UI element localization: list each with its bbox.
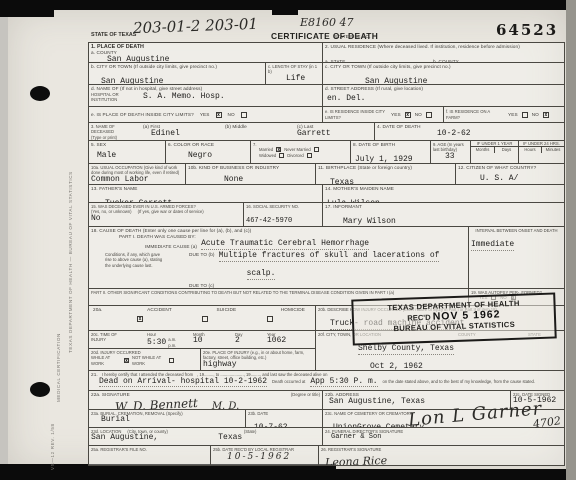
row-cause-of-death: 18. CAUSE OF DEATH (Enter only one cause… xyxy=(89,227,564,289)
field-residence-on-farm: f. IS RESIDENCE ON A FARM? YES NO x xyxy=(444,107,564,122)
minutes-label: Minutes xyxy=(542,147,564,152)
burial-location-city: San Augustine, xyxy=(91,434,158,443)
death-limits-yes-checkbox: x xyxy=(216,112,222,118)
item-21-label: 21. xyxy=(91,372,98,378)
part2-label: PART II. OTHER SIGNIFICANT CONDITIONS CO… xyxy=(91,290,466,295)
row-sex-race-marital: 5. SEX Male 6. COLOR OR RACE Negro 7. Ma… xyxy=(89,141,564,164)
field-place-of-injury: 20e. PLACE OF INJURY (e.g., in or about … xyxy=(201,349,315,370)
widowed-label: Widowed xyxy=(259,153,276,158)
burial-value: Burial xyxy=(101,416,243,425)
state-file-no-label: STATE FILE NO. xyxy=(334,34,371,40)
row-registrar: 25a. REGISTRAR'S FILE NO. 25b. DATE REC'… xyxy=(89,446,564,465)
injury-year: Year 1062 xyxy=(265,331,315,348)
field-funeral-director: 24. FUNERAL DIRECTOR'S SIGNATURE Garner … xyxy=(323,428,564,445)
certificate-number: 64523 xyxy=(496,21,558,39)
hours-label: Hours xyxy=(519,147,542,152)
margin-dept-vertical-text: TEXAS DEPARTMENT OF HEALTH — BUREAU OF V… xyxy=(68,118,73,353)
yes-label: YES xyxy=(391,112,401,118)
length-of-stay-label: c. LENGTH OF STAY (in 1 b) xyxy=(268,64,320,75)
field-ssn: 16. SOCIAL SECURITY NO. 467-42-5970 xyxy=(244,203,323,226)
signature-label: 22a. SIGNATURE xyxy=(91,392,130,398)
not-while-at-work-label: NOT WHILE AT WORK xyxy=(132,355,166,366)
margin-medical-vertical-text: MEDICAL CERTIFICATION xyxy=(56,290,61,402)
field-residence-inside-limits: e. IS RESIDENCE INSIDE CITY LIMITS? YES … xyxy=(323,107,444,122)
residence-city-label: c. CITY OR TOWN (If outside city limits,… xyxy=(325,64,562,70)
dead-on-arrival-value: Dead on Arrival- hospital 10-2-1962 xyxy=(99,378,267,388)
death-inside-limits-label: e. IS PLACE OF DEATH INSIDE CITY LIMITS? xyxy=(91,112,194,118)
hospital-value: S. A. Memo. Hosp. xyxy=(143,93,225,102)
field-registrar-signature: 26. REGISTRAR'S SIGNATURE Leona Rice xyxy=(319,446,564,465)
divorced-label: Divorced xyxy=(287,153,304,158)
race-label: 6. COLOR OR RACE xyxy=(168,142,248,148)
field-burial-date: 23b. DATE 10-7-62 xyxy=(246,410,323,427)
field-interval-onset-death: INTERVAL BETWEEN ONSET AND DEATH Immedia… xyxy=(469,227,564,288)
hole-punch-bottom xyxy=(30,382,50,397)
field-informant: 17. INFORMANT Mary Wilson xyxy=(323,203,564,226)
residence-state-label: a. STATE xyxy=(325,59,345,62)
informant-value: Mary Wilson xyxy=(343,218,396,226)
street-address-label: d. STREET ADDRESS (If rural, give locati… xyxy=(325,86,562,92)
suicide-label: SUICIDE xyxy=(216,307,236,313)
district-code-handwritten: 203-01-2 203-01 xyxy=(133,15,259,37)
field-usual-occupation: 10a. USUAL OCCUPATION (Give kind of work… xyxy=(89,164,186,184)
injury-day-value: 2 xyxy=(235,337,263,346)
ssn-label: 16. SOCIAL SECURITY NO. xyxy=(246,204,320,209)
scan-edge-nub xyxy=(272,9,298,15)
burial-location-state: Texas xyxy=(218,434,242,443)
fathers-name-label: 13. FATHER'S NAME xyxy=(91,186,320,192)
injury-month-value: 10 xyxy=(193,337,231,346)
while-at-work-checkbox: x xyxy=(124,358,129,363)
field-marital-status: 7. Married x Never Married Widowed Divor… xyxy=(251,141,351,163)
physician-degree: M. D. xyxy=(212,401,239,409)
field-sex: 5. SEX Male xyxy=(89,141,166,163)
street-address-value: en. Del. xyxy=(327,95,562,104)
days-label: Days xyxy=(495,147,518,152)
row-city-limits: e. IS PLACE OF DEATH INSIDE CITY LIMITS?… xyxy=(89,107,564,123)
informant-label: 17. INFORMANT xyxy=(325,204,562,210)
field-usual-residence: 2. USUAL RESIDENCE (Where deceased lived… xyxy=(323,43,564,62)
field-first-name: (a) First Edinel xyxy=(141,123,223,140)
field-armed-forces: 15. WAS DECEASED EVER IN U.S. ARMED FORC… xyxy=(89,203,244,226)
city-of-death-label: b. CITY OR TOWN (If outside city limits,… xyxy=(91,64,263,70)
injury-hour-value: 5:30 xyxy=(147,339,166,348)
suicide-checkbox xyxy=(202,316,208,322)
ssn-value: 467-42-5970 xyxy=(246,218,292,226)
field-date-recd: 25b. DATE REC'D BY LOCAL REGISTRAR 10-5-… xyxy=(211,446,319,465)
field-certification: 21. I hereby certify that I attended the… xyxy=(89,371,564,390)
married-checkbox: x xyxy=(276,147,281,152)
field-citizen: 12. CITIZEN OF WHAT COUNTRY? U. S. A/ xyxy=(456,164,564,184)
sex-value: Male xyxy=(97,152,163,161)
residence-inside-limits-label: e. IS RESIDENCE INSIDE CITY LIMITS? xyxy=(325,109,387,120)
birthplace-label: 11. BIRTHPLACE (State or foreign country… xyxy=(318,165,453,171)
residence-limits-no-checkbox xyxy=(426,112,432,118)
mothers-maiden-name-value: Lula Wilson xyxy=(327,200,380,202)
birthplace-value: Texas xyxy=(330,179,354,184)
row-certification: 21. I hereby certify that I attended the… xyxy=(89,371,564,391)
row-hospital-street: d. NAME OF (If not in hospital, give str… xyxy=(89,85,564,107)
residence-county: b. COUNTY San Augustine xyxy=(433,50,509,62)
field-last-name: (c) Last Garrett xyxy=(295,123,375,140)
date-of-death-value: 10-2-62 xyxy=(437,130,562,139)
field-hospital: d. NAME OF (If not in hospital, give str… xyxy=(89,85,323,106)
residence-state: a. STATE Texas xyxy=(325,50,433,62)
immediate-cause-value: Acute Traumatic Cerebral Hemorrhage xyxy=(201,240,369,250)
accident-label: ACCIDENT xyxy=(147,307,172,313)
field-mothers-maiden-name: 14. MOTHER'S MAIDEN NAME Lula Wilson xyxy=(323,185,564,202)
residence-on-farm-label: f. IS RESIDENCE ON A FARM? xyxy=(446,109,504,120)
no-label: NO xyxy=(532,112,539,118)
widowed-checkbox xyxy=(279,153,284,158)
months-label: Months xyxy=(471,147,495,152)
armed-forces-value: No xyxy=(91,215,241,224)
scan-edge-bottom xyxy=(0,469,576,480)
occupation-label: 10a. USUAL OCCUPATION (Give kind of work… xyxy=(91,165,183,176)
field-place-of-death-county: 1. PLACE OF DEATH a. COUNTY San Augustin… xyxy=(89,43,323,62)
date-recd-value: 10-5-1962 xyxy=(227,452,316,462)
row-city-stay: b. CITY OR TOWN (If outside city limits,… xyxy=(89,63,564,85)
field-cause-of-death: 18. CAUSE OF DEATH (Enter only one cause… xyxy=(89,227,469,288)
death-time-value: App 5:30 P. m. xyxy=(310,378,377,388)
row-armed-ssn-informant: 15. WAS DECEASED EVER IN U.S. ARMED FORC… xyxy=(89,203,564,227)
name-label-3: (Type or print) xyxy=(91,135,139,140)
injury-day: Day 2 xyxy=(233,331,265,348)
row-parents: 13. FATHER'S NAME Tucker Garrett 14. MOT… xyxy=(89,185,564,203)
row-location-funeral: 23d. LOCATION (City, town, or county) (S… xyxy=(89,428,564,446)
field-burial-type: 23a. BURIAL, CREMATION, REMOVAL (Specify… xyxy=(89,410,246,427)
yes-label: YES xyxy=(508,112,518,118)
field-registrar-file-no: 25a. REGISTRAR'S FILE NO. xyxy=(89,446,211,465)
due-to-b-value-line1: Multiple fractures of skull and lacerati… xyxy=(219,252,440,262)
fathers-name-value: Tucker Garrett xyxy=(105,200,172,202)
field-burial-location: 23d. LOCATION (City, town, or county) (S… xyxy=(89,428,323,445)
state-sub-label: (State) xyxy=(244,429,257,434)
field-color-or-race: 6. COLOR OR RACE Negro xyxy=(166,141,251,163)
am-label: a.m. xyxy=(168,337,176,342)
place-of-injury-value: highway xyxy=(203,361,313,370)
certify-text-3: on the date stated above, and to the bes… xyxy=(383,379,535,384)
date-of-birth-label: 8. DATE OF BIRTH xyxy=(353,142,428,148)
row-name: 3. NAME OF DECEASED (Type or print) (a) … xyxy=(89,123,564,141)
farm-yes-checkbox xyxy=(522,112,528,118)
certificate-header: STATE OF TEXAS 203-01-2 203-01 CERTIFICA… xyxy=(88,20,565,42)
while-at-work-label: WHILE AT WORK xyxy=(91,355,121,366)
county-value: San Augustine xyxy=(107,56,320,62)
field-accident-suicide-homicide: 20a. ACCIDENT SUICIDE HOMICIDE x xyxy=(89,306,316,330)
row-place-residence: 1. PLACE OF DEATH a. COUNTY San Augustin… xyxy=(89,43,564,63)
state-of-texas-label: STATE OF TEXAS xyxy=(91,32,136,38)
mothers-maiden-name-label: 14. MOTHER'S MAIDEN NAME xyxy=(325,186,562,192)
sex-label: 5. SEX xyxy=(91,142,163,148)
scan-edge-top-left xyxy=(0,0,54,17)
no-label: NO xyxy=(228,112,235,118)
field-fathers-name: 13. FATHER'S NAME Tucker Garrett xyxy=(89,185,323,202)
margin-formcode-vertical-text: VS—12 REV. 1/58 xyxy=(50,414,55,470)
death-occurred-at-label: Death occurred at xyxy=(272,379,305,384)
citizen-label: 12. CITIZEN OF WHAT COUNTRY? xyxy=(458,165,562,171)
divorced-checkbox xyxy=(307,153,312,158)
degree-or-title-label: (Degree or title) xyxy=(291,392,320,398)
stamp-recd-label: REC'D xyxy=(407,313,431,323)
field-city-of-death: b. CITY OR TOWN (If outside city limits,… xyxy=(89,63,266,84)
field-if-under-1-year: IF UNDER 1 YEAR Months Days xyxy=(471,141,519,163)
not-while-at-work-checkbox xyxy=(169,358,174,363)
row-occupation: 10a. USUAL OCCUPATION (Give kind of work… xyxy=(89,164,564,185)
industry-label: 10b. KIND OF BUSINESS OR INDUSTRY xyxy=(188,165,313,171)
field-length-of-stay: c. LENGTH OF STAY (in 1 b) Life xyxy=(266,63,323,84)
burial-date-label: 23b. DATE xyxy=(248,411,320,416)
injury-hour: Hour 5:30 a.m. p.m. xyxy=(145,331,191,348)
first-name-value: Edinel xyxy=(151,130,221,139)
farm-no-checkbox: x xyxy=(543,112,549,118)
item-20a-label: 20a. xyxy=(93,307,103,313)
received-stamp: TEXAS DEPARTMENT OF HEALTH REC'D NOV 5 1… xyxy=(351,292,556,345)
death-limits-no-checkbox xyxy=(241,112,247,118)
injury-location-value: Shelby County, Texas xyxy=(358,345,454,355)
immediate-cause-label: IMMEDIATE CAUSE (a) xyxy=(145,244,197,250)
race-value: Negro xyxy=(188,152,248,161)
pm-label: p.m. xyxy=(168,343,176,348)
hole-punch-top xyxy=(30,86,50,101)
field-residence-city: c. CITY OR TOWN (If outside city limits,… xyxy=(323,63,564,84)
occupation-value: Common Labor xyxy=(91,176,183,185)
homicide-checkbox xyxy=(267,316,273,322)
hospital-label-2: HOSPITAL OR INSTITUTION xyxy=(91,92,143,103)
death-certificate-scan: TEXAS DEPARTMENT OF HEALTH — BUREAU OF V… xyxy=(0,0,576,480)
field-birthplace: 11. BIRTHPLACE (State or foreign country… xyxy=(316,164,456,184)
residence-city-value: San Augustine xyxy=(365,78,427,84)
interval-value: Immediate xyxy=(471,241,514,251)
field-death-inside-limits: e. IS PLACE OF DEATH INSIDE CITY LIMITS?… xyxy=(89,107,323,122)
certify-from-date: Oct 2, 1962 xyxy=(370,363,423,370)
middle-name-label: (b) Middle xyxy=(225,124,293,130)
due-to-b-label: DUE TO (b) xyxy=(189,252,215,258)
injury-year-value: 1062 xyxy=(267,337,313,346)
field-if-under-24-hrs: IF UNDER 24 HRS. Hours Minutes xyxy=(519,141,564,163)
residence-county-label: b. COUNTY xyxy=(433,59,459,62)
funeral-firm-value: Garner & Son xyxy=(331,434,562,442)
armed-forces-sub-2: (If yes, give war or dates of service) xyxy=(138,209,204,214)
field-street-address: d. STREET ADDRESS (If rural, give locati… xyxy=(323,85,564,106)
field-age: 9. AGE (In years last birthday) 33 xyxy=(431,141,471,163)
field-industry: 10b. KIND OF BUSINESS OR INDUSTRY None xyxy=(186,164,316,184)
place-of-injury-label: 20e. PLACE OF INJURY (e.g., in or about … xyxy=(203,350,313,361)
injury-month: Month 10 xyxy=(191,331,233,348)
age-label: 9. AGE (In years last birthday) xyxy=(433,142,468,153)
conditions-note: Conditions, if any, which gave rise to a… xyxy=(91,252,165,288)
no-label: NO xyxy=(415,112,422,118)
scan-edge-right xyxy=(566,0,576,480)
time-of-injury-label-2: INJURY xyxy=(91,337,143,342)
age-value: 33 xyxy=(445,153,468,162)
city-of-death-value: San Augustine xyxy=(101,78,163,84)
field-name-of-deceased: 3. NAME OF DECEASED (Type or print) xyxy=(89,123,141,140)
registrar-file-no-label: 25a. REGISTRAR'S FILE NO. xyxy=(91,447,208,452)
due-to-c-label: DUE TO (c) xyxy=(189,283,466,288)
citizen-value: U. S. A/ xyxy=(480,175,562,184)
burial-date-value: 10-7-62 xyxy=(254,424,288,427)
interval-label: INTERVAL BETWEEN ONSET AND DEATH xyxy=(471,228,562,233)
residence-limits-yes-checkbox: x xyxy=(405,112,411,118)
field-date-of-death: 4. DATE OF DEATH 10-2-62 xyxy=(375,123,564,140)
field-physician-signature: 22a. SIGNATURE (Degree or title) W. D. B… xyxy=(89,391,323,409)
never-married-checkbox xyxy=(314,147,319,152)
time-of-injury-label-cell: 20c. TIME OF INJURY xyxy=(89,331,145,348)
accident-checkbox: x xyxy=(137,316,143,322)
date-of-birth-value: July 1, 1929 xyxy=(355,156,413,163)
field-middle-name: (b) Middle xyxy=(223,123,295,140)
field-date-of-birth: 8. DATE OF BIRTH July 1, 1929 xyxy=(351,141,431,163)
due-to-b-value-line2: scalp. xyxy=(247,270,276,280)
field-injury-occurred: 20d. INJURY OCCURRED WHILE AT WORK x NOT… xyxy=(89,349,201,370)
homicide-label: HOMICIDE xyxy=(281,307,305,313)
field-injury-left: 20c. TIME OF INJURY Hour 5:30 a.m. p.m. xyxy=(89,331,316,370)
length-of-stay-value: Life xyxy=(286,75,320,84)
last-name-value: Garrett xyxy=(297,130,372,139)
state-file-no-handwritten: E8160 47 xyxy=(300,16,354,29)
industry-value: None xyxy=(224,176,313,184)
yes-label: YES xyxy=(200,112,210,118)
